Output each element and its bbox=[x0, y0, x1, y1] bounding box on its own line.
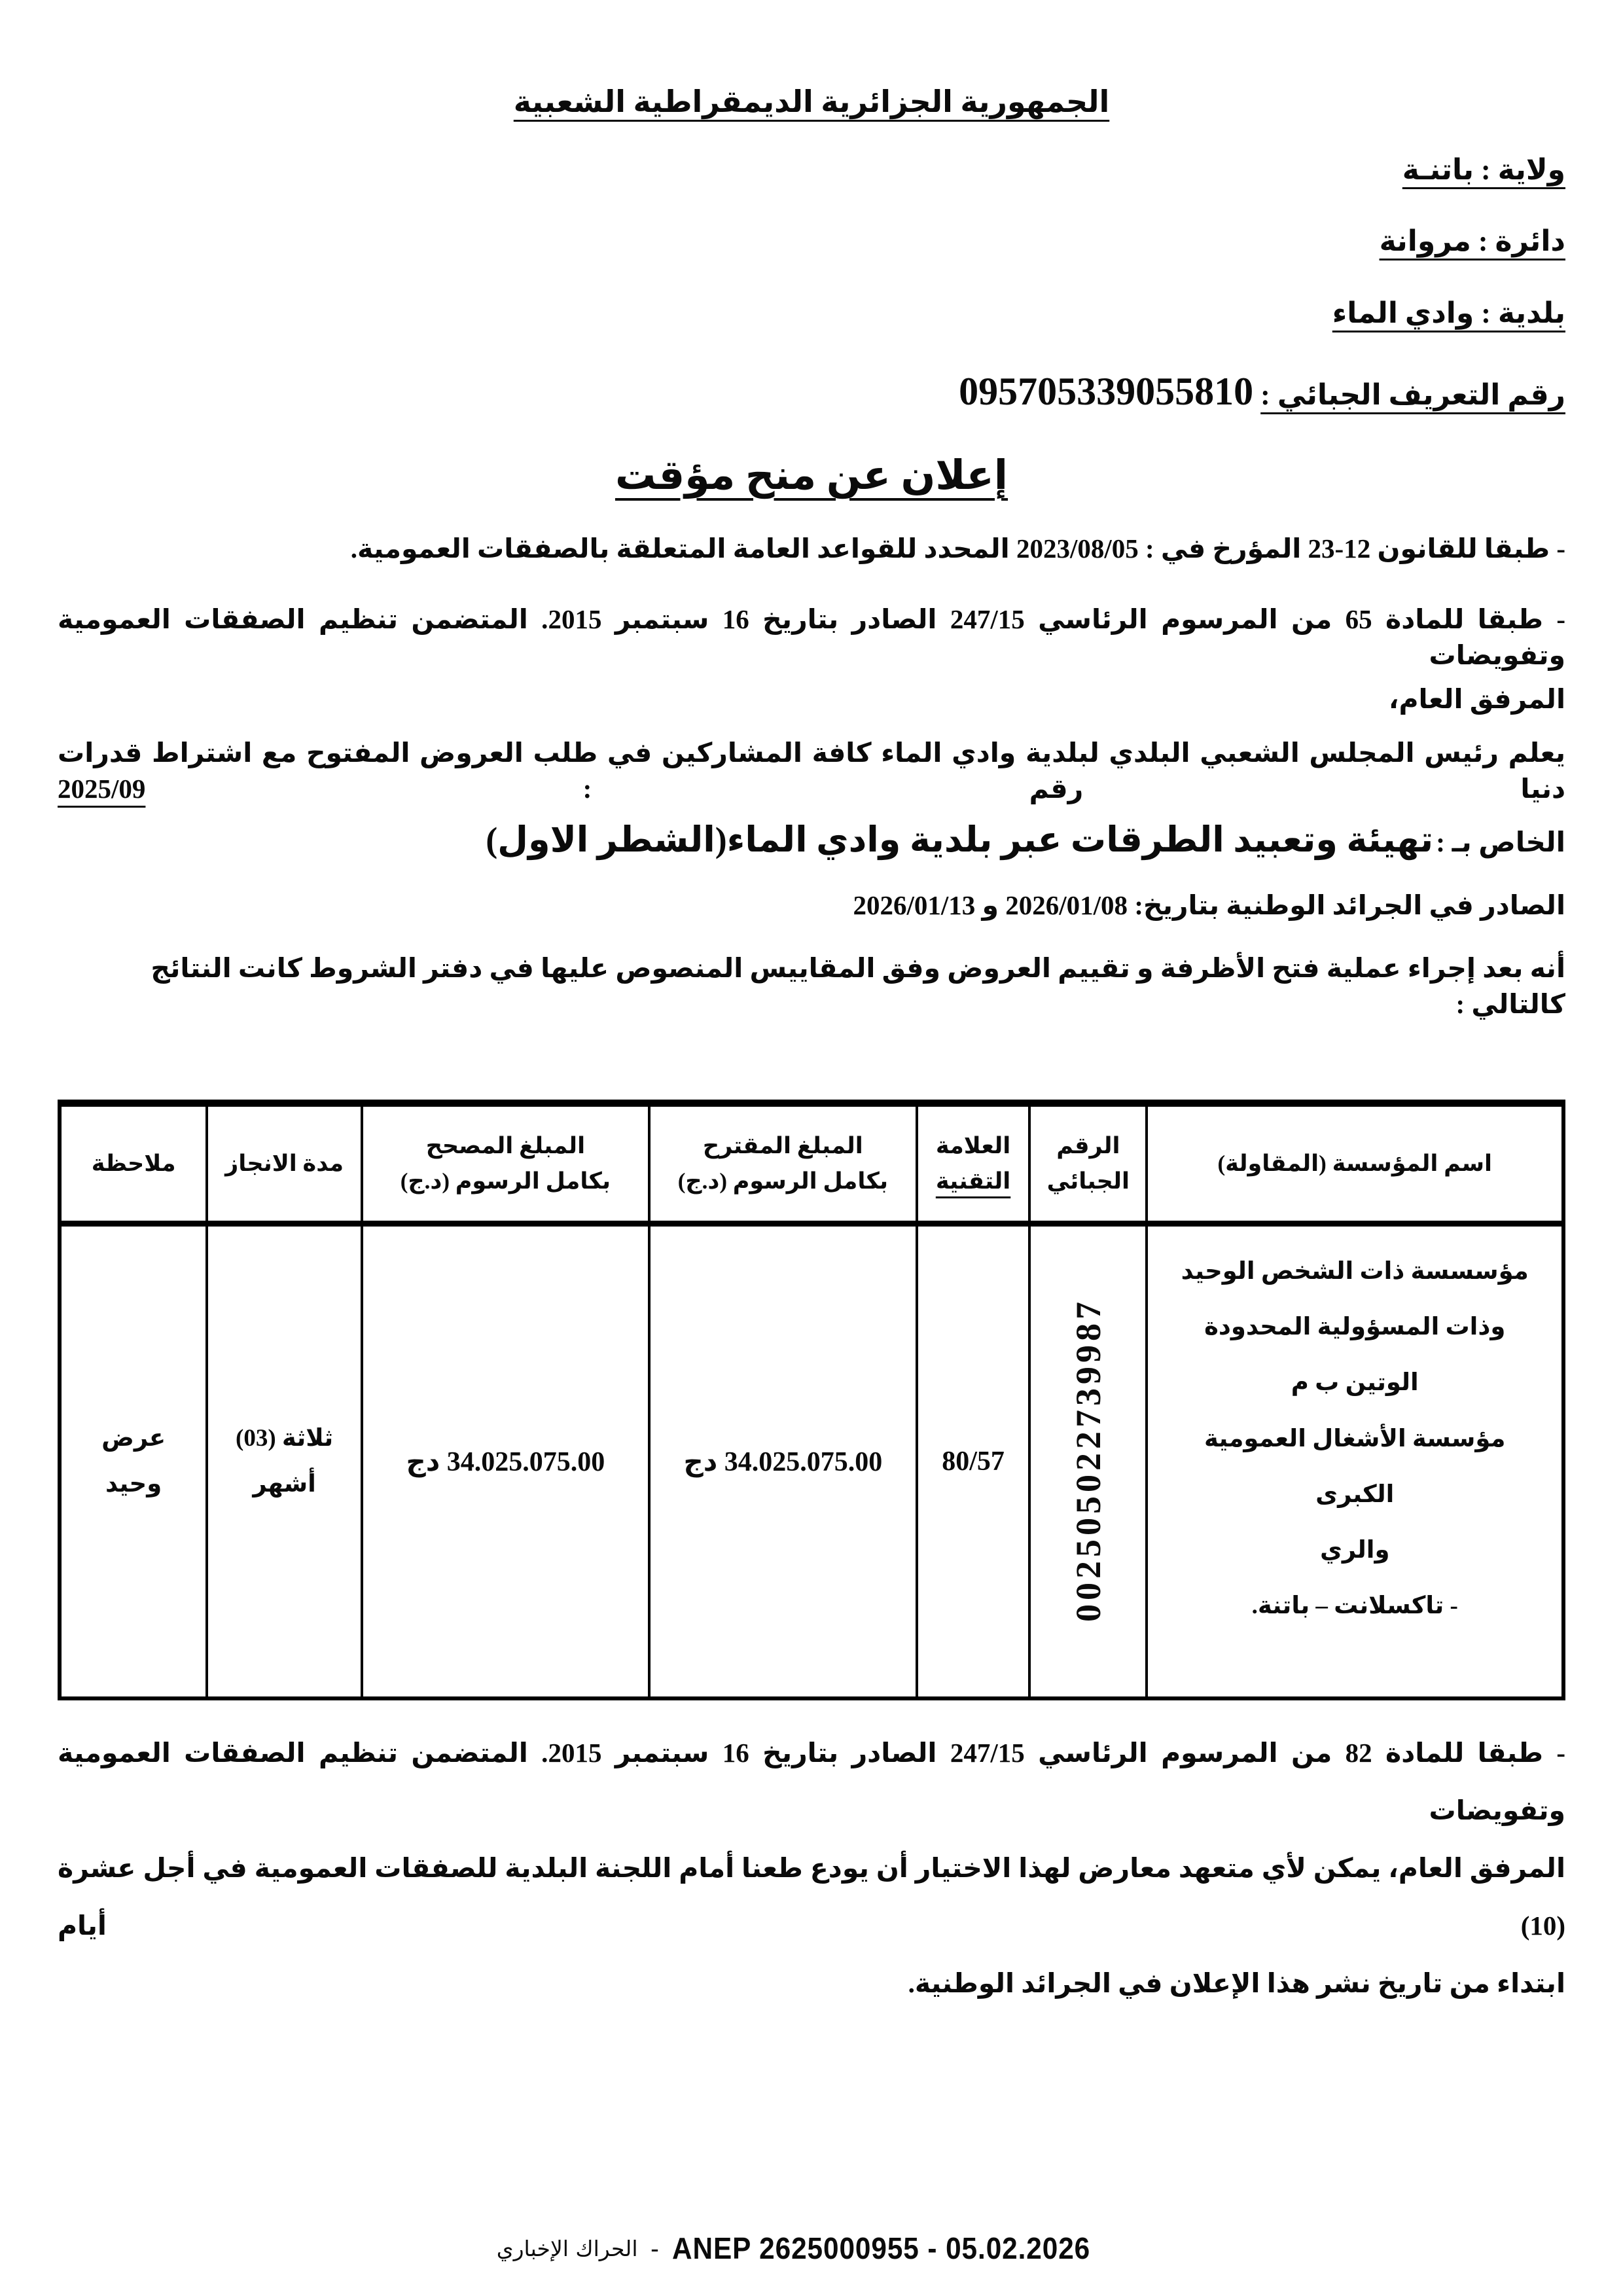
subject-label: الخاص بـ : bbox=[1436, 828, 1565, 858]
appeal-paragraph: - طبقا للمادة 82 من المرسوم الرئاسي 247/… bbox=[58, 1724, 1565, 2012]
newspaper-dates-prefix: الصادر في الجرائد الوطنية بتاريخ: bbox=[1134, 890, 1565, 920]
decree-reference-paragraph: - طبقا للمادة 65 من المرسوم الرئاسي 247/… bbox=[58, 601, 1565, 674]
appeal-line-1: - طبقا للمادة 82 من المرسوم الرئاسي 247/… bbox=[58, 1724, 1565, 1839]
notice-line: يعلم رئيس المجلس الشعبي البلدي لبلدية وا… bbox=[58, 735, 1565, 808]
tax-id-value: 095705339055810 bbox=[959, 370, 1253, 413]
appeal-line-2: المرفق العام، يمكن لأي متعهد معارض لهذا … bbox=[58, 1839, 1565, 1954]
cell-completion-time: ثلاثة (03) أشهر bbox=[207, 1224, 362, 1699]
anep-reference: ANEP 2625000955 - 05.02.2026 bbox=[672, 2231, 1090, 2266]
commune-line: بلدية : وادي الماء bbox=[58, 294, 1565, 332]
table-row: مؤسسسة ذات الشخص الوحيد وذات المسؤولية ا… bbox=[60, 1224, 1563, 1699]
publisher-name: الحراك الإخباري bbox=[497, 2236, 638, 2261]
header-remark: ملاحظة bbox=[60, 1103, 207, 1224]
decree-reference-continuation: المرفق العام، bbox=[58, 681, 1565, 717]
appeal-line-3: ابتداء من تاريخ نشر هذا الإعلان في الجرا… bbox=[58, 1954, 1565, 2012]
anep-footer: الحراك الإخباري - ANEP 2625000955 - 05.0… bbox=[0, 2231, 1623, 2266]
conjunction: و bbox=[982, 890, 999, 920]
results-intro-line: أنه بعد إجراء عملية فتح الأظرفة و تقييم … bbox=[58, 950, 1565, 1023]
cell-proposed-amount: 34.025.075.00 دج bbox=[649, 1224, 917, 1699]
table-header-row: اسم المؤسسة (المقاولة) الرقم الجبائي الع… bbox=[60, 1103, 1563, 1224]
document-content: الجمهورية الجزائرية الديمقراطية الشعبية … bbox=[0, 0, 1623, 2012]
cell-remark: عرض وحيد bbox=[60, 1224, 207, 1699]
page-title: إعلان عن منح مؤقت bbox=[58, 451, 1565, 499]
cell-company-name: مؤسسسة ذات الشخص الوحيد وذات المسؤولية ا… bbox=[1147, 1224, 1563, 1699]
footer-separator: - bbox=[651, 2234, 659, 2262]
header-completion-time: مدة الانجاز bbox=[207, 1103, 362, 1224]
tender-number: 2025/09 bbox=[58, 774, 145, 804]
republic-header: الجمهورية الجزائرية الديمقراطية الشعبية bbox=[58, 0, 1565, 119]
tax-id-line: رقم التعريف الجبائي : 095705339055810 bbox=[58, 365, 1565, 418]
wilaya-line: ولاية : باتنـة bbox=[58, 151, 1565, 189]
publication-date-2: 2026/01/13 bbox=[853, 890, 975, 920]
publication-date-1: 2026/01/08 bbox=[1005, 890, 1128, 920]
tax-id-label: رقم التعريف الجبائي : bbox=[1260, 379, 1565, 411]
project-title: تهيئة وتعبيد الطرقات عبر بلدية وادي الما… bbox=[486, 820, 1433, 859]
subject-line: الخاص بـ : تهيئة وتعبيد الطرقات عبر بلدي… bbox=[58, 819, 1565, 860]
header-technical-score: العلامة التقنية bbox=[917, 1103, 1029, 1224]
law-reference-paragraph: - طبقا للقانون 12-23 المؤرخ في : 2023/08… bbox=[58, 531, 1565, 567]
cell-tax-number: 002505022739987 bbox=[1029, 1224, 1147, 1699]
newspaper-dates-line: الصادر في الجرائد الوطنية بتاريخ: 2026/0… bbox=[58, 888, 1565, 924]
header-company-name: اسم المؤسسة (المقاولة) bbox=[1147, 1103, 1563, 1224]
header-proposed-amount: المبلغ المقترح بكامل الرسوم (د.ج) bbox=[649, 1103, 917, 1224]
daira-line: دائرة : مروانة bbox=[58, 222, 1565, 260]
tax-number-vertical: 002505022739987 bbox=[1068, 1298, 1109, 1622]
republic-header-text: الجمهورية الجزائرية الديمقراطية الشعبية bbox=[514, 85, 1110, 118]
cell-technical-score: 80/57 bbox=[917, 1224, 1029, 1699]
header-corrected-amount: المبلغ المصحح بكامل الرسوم (د.ج) bbox=[362, 1103, 649, 1224]
notice-text: يعلم رئيس المجلس الشعبي البلدي لبلدية وا… bbox=[58, 738, 1565, 804]
results-table: اسم المؤسسة (المقاولة) الرقم الجبائي الع… bbox=[58, 1100, 1565, 1700]
cell-corrected-amount: 34.025.075.00 دج bbox=[362, 1224, 649, 1699]
administrative-block: ولاية : باتنـة دائرة : مروانة بلدية : وا… bbox=[58, 151, 1565, 418]
header-tax-number: الرقم الجبائي bbox=[1029, 1103, 1147, 1224]
scanned-document-page: الجمهورية الجزائرية الديمقراطية الشعبية … bbox=[0, 0, 1623, 2296]
